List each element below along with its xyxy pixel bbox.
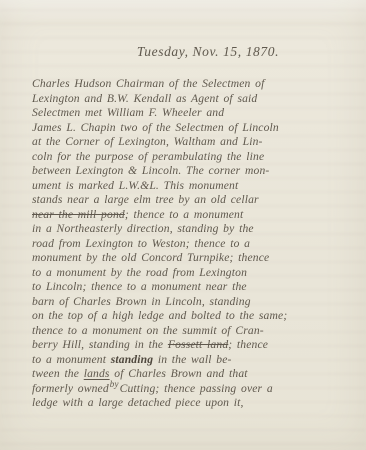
line-text: thence to a monument on the summit of Cr… <box>32 324 264 337</box>
line-text: James L. Chapin two of the Selectmen of … <box>32 121 279 134</box>
manuscript-line: road from Lexington to Weston; thence to… <box>32 237 344 252</box>
line-text: at the Corner of Lexington, Waltham and … <box>32 135 263 148</box>
manuscript-line: stands near a large elm tree by an old c… <box>32 193 344 208</box>
manuscript-page: Tuesday, Nov. 15, 1870. Charles Hudson C… <box>0 0 366 450</box>
manuscript-line: Charles Hudson Chairman of the Selectmen… <box>32 77 344 92</box>
line-text: on the top of a high ledge and bolted to… <box>32 309 287 322</box>
manuscript-line: on the top of a high ledge and bolted to… <box>32 309 344 324</box>
manuscript-line: to a monument standing in the wall be- <box>32 353 344 368</box>
manuscript-line: near the mill pond; thence to a monument <box>32 208 344 223</box>
manuscript-line: monument by the old Concord Turnpike; th… <box>32 251 344 266</box>
manuscript-line: tween the lands of Charles Brown and tha… <box>32 367 344 382</box>
struck-text: near the mill pond <box>32 208 125 221</box>
manuscript-line: ledge with a large detached piece upon i… <box>32 396 344 411</box>
manuscript-line: berry Hill, standing in the Fossett land… <box>32 338 344 353</box>
line-text: tween the <box>32 367 84 380</box>
line-text: of Charles Brown and that <box>110 367 248 380</box>
manuscript-line: Lexington and B.W. Kendall as Agent of s… <box>32 92 344 107</box>
line-text: ; thence <box>228 338 268 351</box>
manuscript-line: coln for the purpose of perambulating th… <box>32 150 344 165</box>
line-text: formerly owned <box>32 382 109 395</box>
manuscript-line: to a monument by the road from Lexington <box>32 266 344 281</box>
underlined-text: lands <box>84 367 110 380</box>
line-text: ument is marked L.W.&L. This monument <box>32 179 238 192</box>
date-line: Tuesday, Nov. 15, 1870. <box>76 44 340 60</box>
line-text: in the wall be- <box>153 353 231 366</box>
manuscript-line: Selectmen met William F. Wheeler and <box>32 106 344 121</box>
struck-text: Fossett land <box>168 338 228 351</box>
manuscript-line: ument is marked L.W.&L. This monument <box>32 179 344 194</box>
line-text: standing <box>111 353 153 366</box>
line-text: between Lexington & Lincoln. The corner … <box>32 164 269 177</box>
line-text: in a Northeasterly direction, standing b… <box>32 222 254 235</box>
line-text: to a monument <box>32 353 111 366</box>
line-text: berry Hill, standing in the <box>32 338 168 351</box>
line-text: monument by the old Concord Turnpike; th… <box>32 251 269 264</box>
inserted-text: by <box>110 377 119 392</box>
manuscript-body: Charles Hudson Chairman of the Selectmen… <box>32 77 344 411</box>
line-text: Selectmen met William F. Wheeler and <box>32 106 224 119</box>
manuscript-line: between Lexington & Lincoln. The corner … <box>32 164 344 179</box>
line-text: ; thence to a monument <box>125 208 244 221</box>
line-text: to Lincoln; thence to a monument near th… <box>32 280 247 293</box>
line-text: barn of Charles Brown in Lincoln, standi… <box>32 295 251 308</box>
manuscript-line: barn of Charles Brown in Lincoln, standi… <box>32 295 344 310</box>
line-text: ledge with a large detached piece upon i… <box>32 396 244 409</box>
line-text: Cutting; thence passing over a <box>120 382 273 395</box>
manuscript-line: to Lincoln; thence to a monument near th… <box>32 280 344 295</box>
manuscript-line: James L. Chapin two of the Selectmen of … <box>32 121 344 136</box>
line-text: coln for the purpose of perambulating th… <box>32 150 264 163</box>
line-text: Lexington and B.W. Kendall as Agent of s… <box>32 92 257 105</box>
manuscript-line: formerly ownedbyCutting; thence passing … <box>32 382 344 397</box>
line-text: stands near a large elm tree by an old c… <box>32 193 259 206</box>
manuscript-line: thence to a monument on the summit of Cr… <box>32 324 344 339</box>
line-text: to a monument by the road from Lexington <box>32 266 247 279</box>
line-text: road from Lexington to Weston; thence to… <box>32 237 250 250</box>
manuscript-line: at the Corner of Lexington, Waltham and … <box>32 135 344 150</box>
manuscript-line: in a Northeasterly direction, standing b… <box>32 222 344 237</box>
line-text: Charles Hudson Chairman of the Selectmen… <box>32 77 264 90</box>
